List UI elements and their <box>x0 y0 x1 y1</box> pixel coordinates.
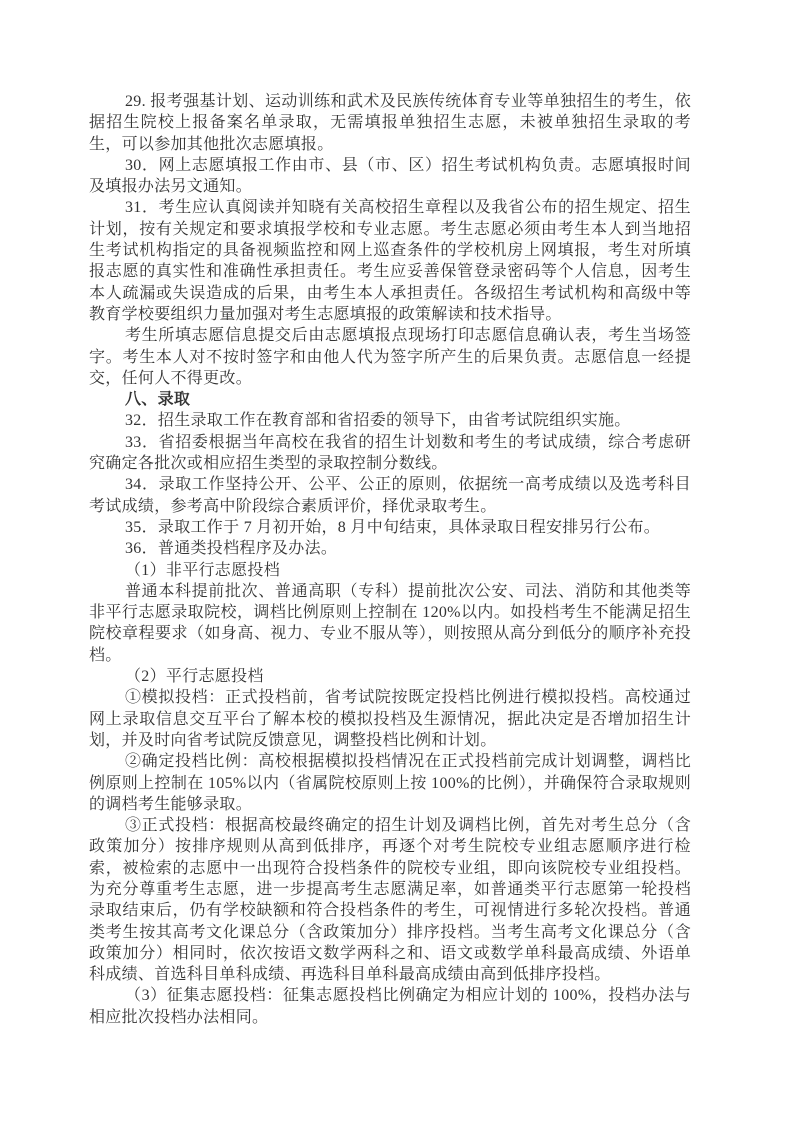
paragraph-item-34: 34．录取工作坚持公开、公平、公正的原则，依据统一高考成绩以及选考科目考试成绩，… <box>89 474 691 517</box>
paragraph-simulated-toudang: ①模拟投档：正式投档前，省考试院按既定投档比例进行模拟投档。高校通过网上录取信息… <box>89 687 691 751</box>
subitem-2-heading: （2）平行志愿投档 <box>89 666 691 687</box>
section-heading-luqu: 八、录取 <box>89 389 691 410</box>
paragraph-item-29: 29. 报考强基计划、运动训练和武术及民族传统体育专业等单独招生的考生，依据招生… <box>89 91 691 155</box>
subitem-1-heading: （1）非平行志愿投档 <box>89 560 691 581</box>
paragraph-confirm-signature: 考生所填志愿信息提交后由志愿填报点现场打印志愿信息确认表，考生当场签字。考生本人… <box>89 325 691 389</box>
paragraph-item-35: 35．录取工作于 7 月初开始，8 月中旬结束，具体录取日程安排另行公布。 <box>89 517 691 538</box>
paragraph-non-parallel-toudang: 普通本科提前批次、普通高职（专科）提前批次公安、司法、消防和其他类等非平行志愿录… <box>89 581 691 666</box>
document-page: 29. 报考强基计划、运动训练和武术及民族传统体育专业等单独招生的考生，依据招生… <box>0 0 793 1122</box>
paragraph-item-31: 31．考生应认真阅读并知晓有关高校招生章程以及我省公布的招生规定、招生计划，按有… <box>89 197 691 325</box>
paragraph-item-33: 33．省招委根据当年高校在我省的招生计划数和考生的考试成绩，综合考虑研究确定各批… <box>89 432 691 475</box>
paragraph-formal-toudang: ③正式投档：根据高校最终确定的招生计划及调档比例，首先对考生总分（含政策加分）按… <box>89 815 691 985</box>
paragraph-zhengji-toudang: （3）征集志愿投档：征集志愿投档比例确定为相应计划的 100%，投档办法与相应批… <box>89 985 691 1028</box>
paragraph-item-32: 32．招生录取工作在教育部和省招委的领导下，由省考试院组织实施。 <box>89 410 691 431</box>
paragraph-item-36: 36．普通类投档程序及办法。 <box>89 538 691 559</box>
document-body-text: 29. 报考强基计划、运动训练和武术及民族传统体育专业等单独招生的考生，依据招生… <box>89 91 691 1028</box>
paragraph-item-30: 30．网上志愿填报工作由市、县（市、区）招生考试机构负责。志愿填报时间及填报办法… <box>89 155 691 198</box>
paragraph-determine-ratio: ②确定投档比例：高校根据模拟投档情况在正式投档前完成计划调整，调档比例原则上控制… <box>89 751 691 815</box>
